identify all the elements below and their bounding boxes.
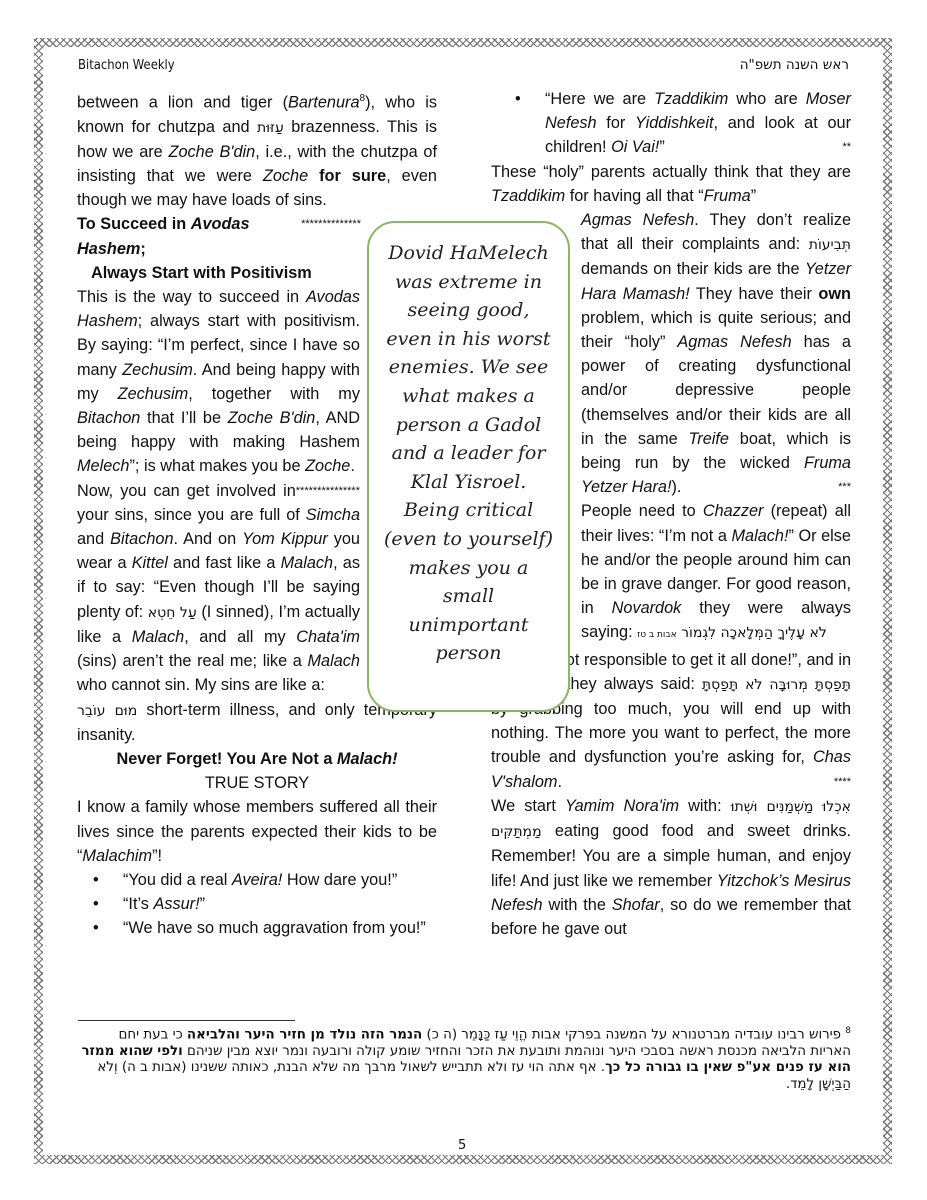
pull-quote-text: Dovid HaMelech was extreme in seeing goo…: [369, 239, 568, 668]
bullet-list: “Here we are Tzaddikim who are Moser Nef…: [491, 87, 851, 160]
page-number: 5: [458, 1138, 466, 1153]
footnote-number: 8: [845, 1026, 851, 1036]
section-divider-stars: **************: [301, 212, 361, 236]
footnote: 8 פירוש רבינו עובדיה מברטנורא על המשנה ב…: [78, 1023, 851, 1093]
list-item: “It’s Assur!”: [123, 892, 437, 916]
paragraph: between a lion and tiger (Bartenura8), w…: [77, 87, 437, 212]
list-item: “Here we are Tzaddikim who are Moser Nef…: [545, 87, 851, 160]
paragraph: These “holy” parents actually think that…: [491, 160, 851, 208]
paragraph: We start Yamim Nora'im with: אִכְלוּ מַש…: [491, 794, 851, 941]
wrapped-paragraph: Agmas Nefesh. They don’t realize that al…: [581, 208, 851, 648]
pull-quote-box: Dovid HaMelech was extreme in seeing goo…: [367, 221, 570, 712]
issue-title-hebrew: ראש השנה תשפ"ה: [740, 57, 849, 73]
paragraph: People need to Chazzer (repeat) all thei…: [581, 499, 851, 647]
paragraph: I know a family whose members suffered a…: [77, 795, 437, 868]
bullet-list: “You did a real Aveira! How dare you!” “…: [77, 868, 437, 941]
paragraph: Now, you can get involved in your sins, …: [77, 479, 360, 698]
section-divider-stars: ***************: [296, 479, 360, 503]
paragraph: This is the way to succeed in Avodas Has…: [77, 285, 360, 479]
section-subtitle: TRUE STORY: [77, 771, 437, 795]
section-divider-stars: ***: [838, 475, 851, 499]
section-divider-stars: **: [842, 135, 851, 159]
section-heading: Never Forget! You Are Not a Malach!: [77, 747, 437, 771]
publication-title: Bitachon Weekly: [78, 57, 175, 73]
list-item: “We have so much aggravation from you!”: [123, 916, 437, 940]
footnote-separator: [78, 1020, 295, 1021]
paragraph: Agmas Nefesh. They don’t realize that al…: [581, 208, 851, 499]
list-item: “You did a real Aveira! How dare you!”: [123, 868, 437, 892]
section-divider-stars: ****: [834, 770, 851, 794]
